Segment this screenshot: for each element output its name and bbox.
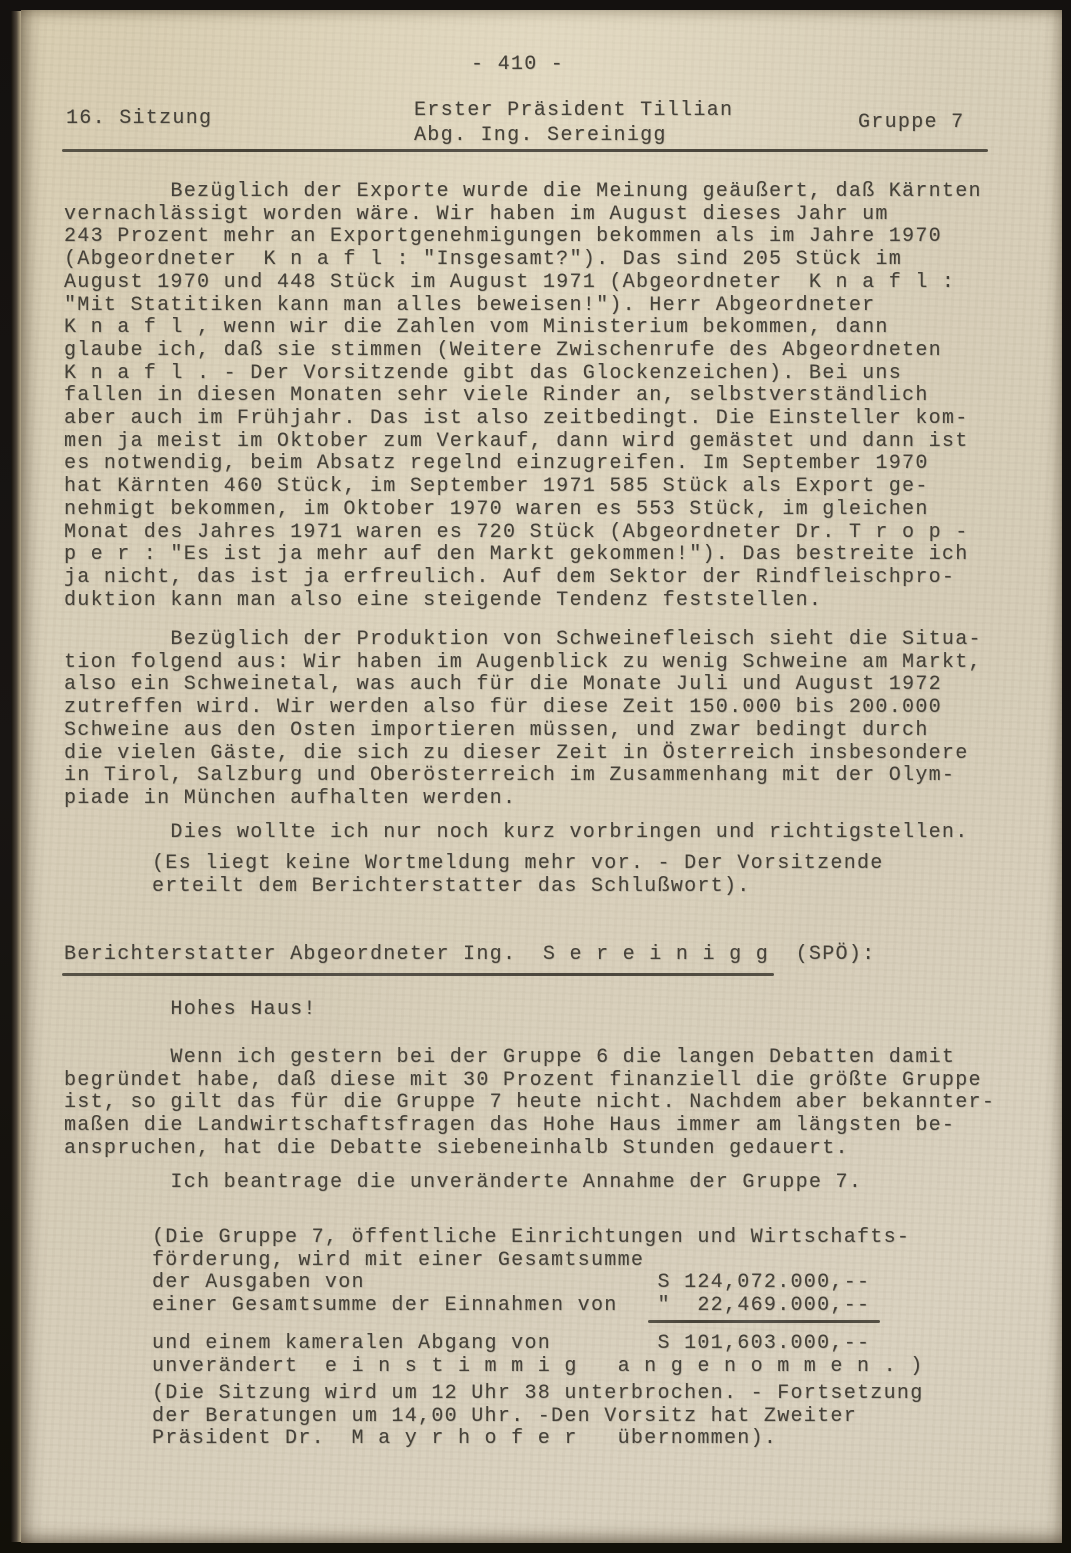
- page-stack-edge: [11, 11, 21, 1542]
- scanned-page: - 410 - 16. Sitzung Erster Präsident Til…: [0, 0, 1071, 1553]
- paragraph-schweinefleisch: Bezüglich der Produktion von Schweinefle…: [64, 629, 982, 811]
- paragraph-wortmeldung: (Es liegt keine Wortmeldung mehr vor. - …: [152, 853, 884, 898]
- header-speaker-line2: Abg. Ing. Sereinigg: [414, 125, 667, 148]
- page-number: - 410 -: [471, 54, 564, 77]
- berichterstatter-heading: Berichterstatter Abgeordneter Ing. S e r…: [64, 944, 875, 967]
- berichterstatter-underline: [62, 973, 774, 976]
- header-rule: [62, 149, 988, 152]
- paragraph-gruppe7-summen: (Die Gruppe 7, öffentliche Einrichtungen…: [152, 1227, 910, 1318]
- einnahmen-sum-underline: [648, 1320, 880, 1323]
- header-speaker-line1: Erster Präsident Tillian: [414, 100, 733, 123]
- paragraph-exporte: Bezüglich der Exporte wurde die Meinung …: [64, 181, 982, 612]
- header-session: 16. Sitzung: [66, 108, 212, 131]
- paragraph-hohes-haus: Hohes Haus!: [64, 999, 317, 1022]
- paragraph-abgang: und einem kameralen Abgang von S 101,603…: [152, 1333, 924, 1378]
- paragraph-antrag: Ich beantrage die unveränderte Annahme d…: [64, 1172, 862, 1195]
- paragraph-schluss-bemerkung: Dies wollte ich nur noch kurz vorbringen…: [64, 822, 969, 845]
- paragraph-unterbrechung: (Die Sitzung wird um 12 Uhr 38 unterbroc…: [152, 1383, 924, 1451]
- header-group: Gruppe 7: [858, 112, 964, 135]
- paragraph-wenn-ich: Wenn ich gestern bei der Gruppe 6 die la…: [64, 1047, 995, 1161]
